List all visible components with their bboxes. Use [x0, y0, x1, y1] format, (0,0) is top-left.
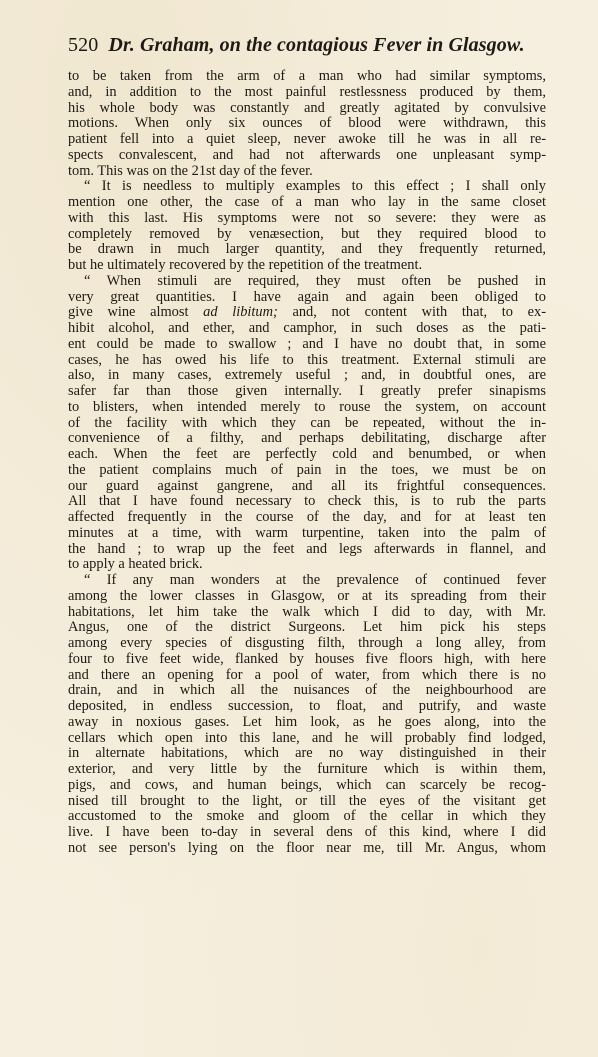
- text-line: be drawn in much larger quantity, and th…: [68, 242, 546, 258]
- text-line: safer far than those given internally. I…: [68, 384, 546, 400]
- text-line: among every species of disgusting filth,…: [68, 636, 546, 652]
- body-text: to be taken from the arm of a man who ha…: [68, 69, 546, 857]
- text-line: in alternate habitations, which are no w…: [68, 746, 546, 762]
- running-head: 520 Dr. Graham, on the contagious Fever …: [68, 32, 546, 58]
- text-line: cellars which open into this lane, and h…: [68, 731, 546, 747]
- text-line: also, in many cases, extremely useful ; …: [68, 368, 546, 384]
- text-line: among the lower classes in Glasgow, or a…: [68, 589, 546, 605]
- text-line: cases, he has owed his life to this trea…: [68, 353, 546, 369]
- text-line: very great quantities. I have again and …: [68, 290, 546, 306]
- paragraph: “ It is needless to multiply examples to…: [68, 179, 546, 274]
- text-line: “ It is needless to multiply examples to…: [68, 179, 546, 195]
- text-line: our guard against gangrene, and all its …: [68, 479, 546, 495]
- text-line: tom. This was on the 21st day of the fev…: [68, 164, 546, 180]
- text-line: nised till brought to the light, or till…: [68, 794, 546, 810]
- text-line: hibit alcohol, and ether, and camphor, i…: [68, 321, 546, 337]
- paragraph: to be taken from the arm of a man who ha…: [68, 69, 546, 179]
- text-line: and, in addition to the most painful res…: [68, 85, 546, 101]
- text-line: motions. When only six ounces of blood w…: [68, 116, 546, 132]
- text-line: to apply a heated brick.: [68, 557, 546, 573]
- text-line: to blisters, when intended merely to rou…: [68, 400, 546, 416]
- text-line: drain, and in which all the nuisances of…: [68, 683, 546, 699]
- text-line: patient fell into a quiet sleep, never a…: [68, 132, 546, 148]
- text-line: All that I have found necessary to check…: [68, 494, 546, 510]
- text-line: the hand ; to wrap up the feet and legs …: [68, 542, 546, 558]
- text-line: Angus, one of the district Surgeons. Let…: [68, 620, 546, 636]
- text-line: spects convalescent, and had not afterwa…: [68, 148, 546, 164]
- text-line: completely removed by venæsection, but t…: [68, 227, 546, 243]
- page-number: 520: [68, 34, 98, 56]
- text-line: “ If any man wonders at the prevalence o…: [68, 573, 546, 589]
- text-line: accustomed to the smoke and gloom of the…: [68, 809, 546, 825]
- paragraph: “ When stimuli are required, they must o…: [68, 274, 546, 573]
- text-line: and there an opening for a pool of water…: [68, 668, 546, 684]
- text-line: but he ultimately recovered by the repet…: [68, 258, 546, 274]
- text-line: of the facility with which they can be r…: [68, 416, 546, 432]
- text-line: pigs, and cows, and human beings, which …: [68, 778, 546, 794]
- text-line: to be taken from the arm of a man who ha…: [68, 69, 546, 85]
- italic-phrase: ad libitum;: [203, 304, 278, 320]
- text-line: ent could be made to swallow ; and I hav…: [68, 337, 546, 353]
- text-line: deposited, in endless succession, to flo…: [68, 699, 546, 715]
- text-line: away in noxious gases. Let him look, as …: [68, 715, 546, 731]
- text-line: not see person's lying on the floor near…: [68, 841, 546, 857]
- book-page: 520 Dr. Graham, on the contagious Fever …: [68, 32, 546, 857]
- text-line: convenience of a filthy, and perhaps deb…: [68, 431, 546, 447]
- paragraph: “ If any man wonders at the prevalence o…: [68, 573, 546, 857]
- text-line: his whole body was constantly and greatl…: [68, 101, 546, 117]
- text-line: exterior, and very little by the furnitu…: [68, 762, 546, 778]
- text-line: mention one other, the case of a man who…: [68, 195, 546, 211]
- text-line: “ When stimuli are required, they must o…: [68, 274, 546, 290]
- text-line: affected frequently in the course of the…: [68, 510, 546, 526]
- text-line: give wine almost ad libitum; and, not co…: [68, 305, 546, 321]
- text-line: with this last. His symptoms were not so…: [68, 211, 546, 227]
- text-line: each. When the feet are perfectly cold a…: [68, 447, 546, 463]
- text-line: habitations, let him take the walk which…: [68, 605, 546, 621]
- text-line: four to five feet wide, flanked by house…: [68, 652, 546, 668]
- text-line: the patient complains much of pain in th…: [68, 463, 546, 479]
- text-line: minutes at a time, with warm turpentine,…: [68, 526, 546, 542]
- running-title: Dr. Graham, on the contagious Fever in G…: [108, 34, 524, 56]
- text-line: live. I have been to-day in several dens…: [68, 825, 546, 841]
